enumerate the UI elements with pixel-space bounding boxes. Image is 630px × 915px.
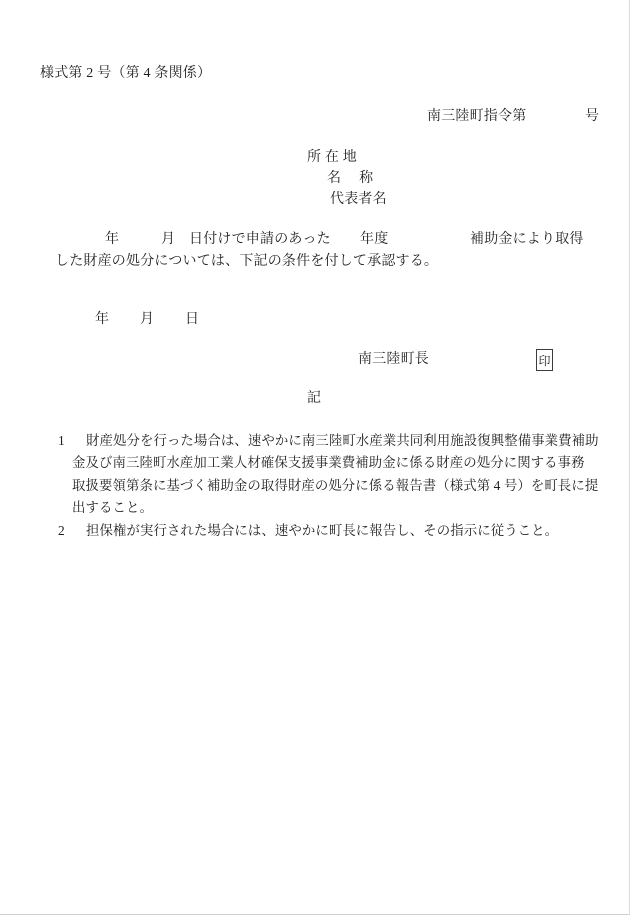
body-applied-text: 日付けで申請のあった [189,230,331,250]
condition-2-line-1: 担保権が実行された場合には、速やかに町長に報告し、その指示に従うこと。 [86,521,558,541]
directive-number-suffix: 号 [585,107,599,127]
date-year-label: 年 [95,310,109,330]
body-fiscal-year-label: 年度 [360,230,388,250]
condition-1-line-3: 取扱要領第条に基づく補助金の取得財産の処分に係る報告書（様式第 4 号）を町長に… [72,476,598,496]
condition-1-number: 1 [58,431,65,451]
body-year-label: 年 [105,230,119,250]
document-page: 様式第 2 号（第 4 条関係） 南三陸町指令第 号 所 在 地 名 称 代表者… [0,0,630,915]
condition-1-line-2: 金及び南三陸町水産加工業人材確保支援事業費補助金に係る財産の処分に関する事務 [72,453,585,473]
date-month-label: 月 [140,310,154,330]
condition-2-number: 2 [58,521,65,541]
condition-1-line-4: 出すること。 [72,498,153,518]
date-day-label: 日 [185,310,199,330]
addressee-name-label: 名 称 [327,169,373,189]
addressee-location-label: 所 在 地 [307,148,357,168]
directive-number-prefix: 南三陸町指令第 [427,107,526,127]
seal-stamp-box: 印 [536,349,553,371]
body-month-label: 月 [161,230,175,250]
addressee-representative-label: 代表者名 [330,190,387,210]
form-number: 様式第 2 号（第 4 条関係） [40,64,211,84]
mayor-signature-label: 南三陸町長 [358,350,429,370]
body-subsidy-text: 補助金により取得 [470,230,584,250]
body-approval-text: した財産の処分については、下記の条件を付して承認する。 [55,252,438,272]
condition-1-line-1: 財産処分を行った場合は、速やかに南三陸町水産業共同利用施設復興整備事業費補助 [86,431,599,451]
record-marker: 記 [307,389,321,409]
